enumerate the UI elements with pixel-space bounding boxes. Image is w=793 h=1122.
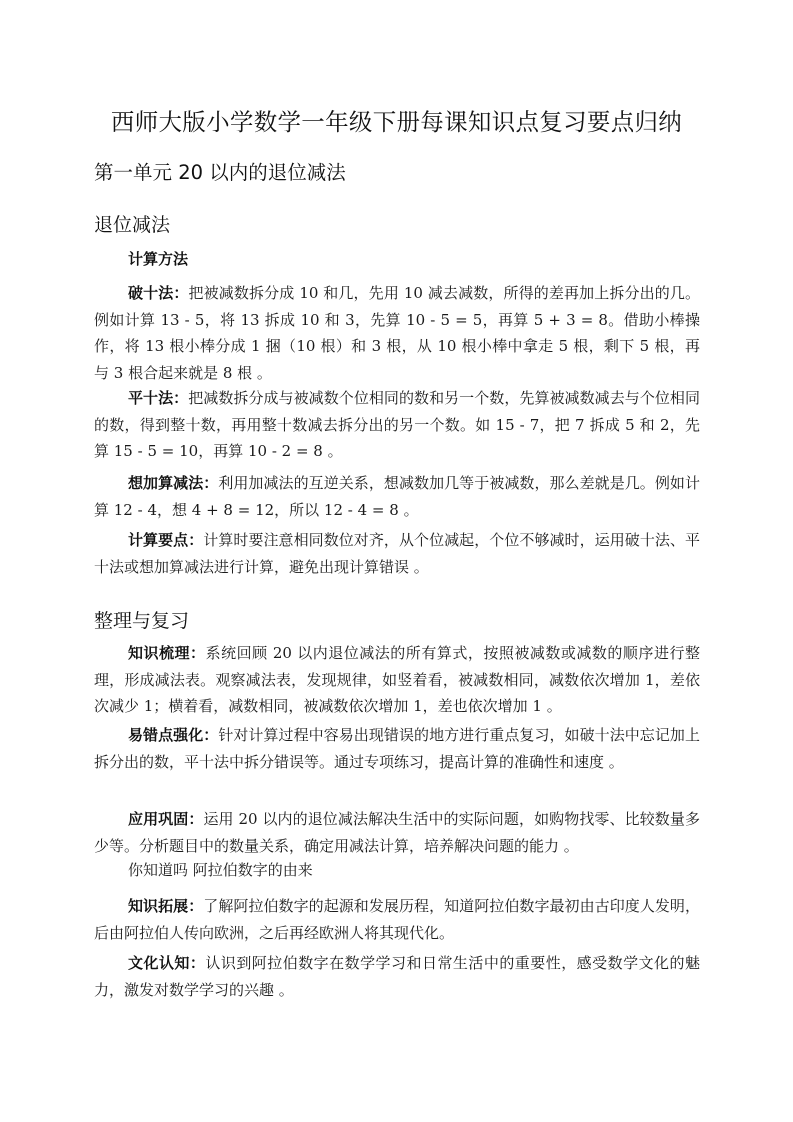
paragraph-label: 文化认知 (128, 954, 190, 972)
label-separator: ： (190, 644, 206, 662)
label-separator: ： (173, 284, 188, 302)
paragraph-label: 应用巩固 (128, 810, 188, 828)
label-separator: ： (190, 954, 205, 972)
paragraph-error-prone-points: 易错点强化：针对计算过程中容易出现错误的地方进行重点复习，如破十法中忘记加上拆分… (94, 722, 700, 775)
did-you-know-heading: 你知道吗 阿拉伯数字的由来 (128, 859, 313, 880)
label-separator: ： (173, 389, 188, 407)
document-page: 西师大版小学数学一年级下册每课知识点复习要点归纳 第一单元 20 以内的退位减法… (0, 0, 793, 1122)
label-separator: ： (188, 897, 203, 915)
label-separator: ： (203, 474, 218, 492)
subheading-calculation-method: 计算方法 (128, 248, 188, 269)
paragraph-label: 易错点强化 (128, 726, 203, 744)
paragraph-calculation-key-points: 计算要点：计算时要注意相同数位对齐，从个位减起，个位不够减时，运用破十法、平十法… (94, 527, 700, 580)
paragraph-break-ten: 破十法：把被减数拆分成 10 和几，先用 10 减去减数，所得的差再加上拆分出的… (94, 280, 700, 386)
paragraph-label: 想加算减法 (128, 474, 203, 492)
label-separator: ： (188, 531, 203, 549)
document-title: 西师大版小学数学一年级下册每课知识点复习要点归纳 (0, 103, 793, 137)
label-separator: ： (203, 726, 218, 744)
paragraph-level-ten: 平十法：把减数拆分成与被减数个位相同的数和另一个数，先算被减数减去与个位相同的数… (94, 385, 700, 465)
section-heading-review: 整理与复习 (94, 606, 189, 633)
paragraph-label: 平十法 (128, 389, 173, 407)
paragraph-label: 计算要点 (128, 531, 188, 549)
paragraph-label: 知识梳理 (128, 644, 190, 662)
paragraph-label: 知识拓展 (128, 897, 188, 915)
section-heading-subtraction: 退位减法 (94, 210, 170, 237)
paragraph-addition-to-subtract: 想加算减法：利用加减法的互逆关系，想减数加几等于被减数，那么差就是几。例如计算 … (94, 470, 700, 523)
paragraph-application: 应用巩固：运用 20 以内的退位减法解决生活中的实际问题，如购物找零、比较数量多… (94, 806, 700, 859)
unit-heading: 第一单元 20 以内的退位减法 (94, 157, 346, 185)
paragraph-label: 破十法 (128, 284, 173, 302)
paragraph-knowledge-review: 知识梳理：系统回顾 20 以内退位减法的所有算式，按照被减数或减数的顺序进行整理… (94, 640, 700, 720)
paragraph-cultural-awareness: 文化认知：认识到阿拉伯数字在数学学习和日常生活中的重要性，感受数学文化的魅力，激… (94, 950, 700, 1003)
paragraph-knowledge-extension: 知识拓展：了解阿拉伯数字的起源和发展历程，知道阿拉伯数字最初由古印度人发明，后由… (94, 893, 700, 946)
label-separator: ： (188, 810, 203, 828)
